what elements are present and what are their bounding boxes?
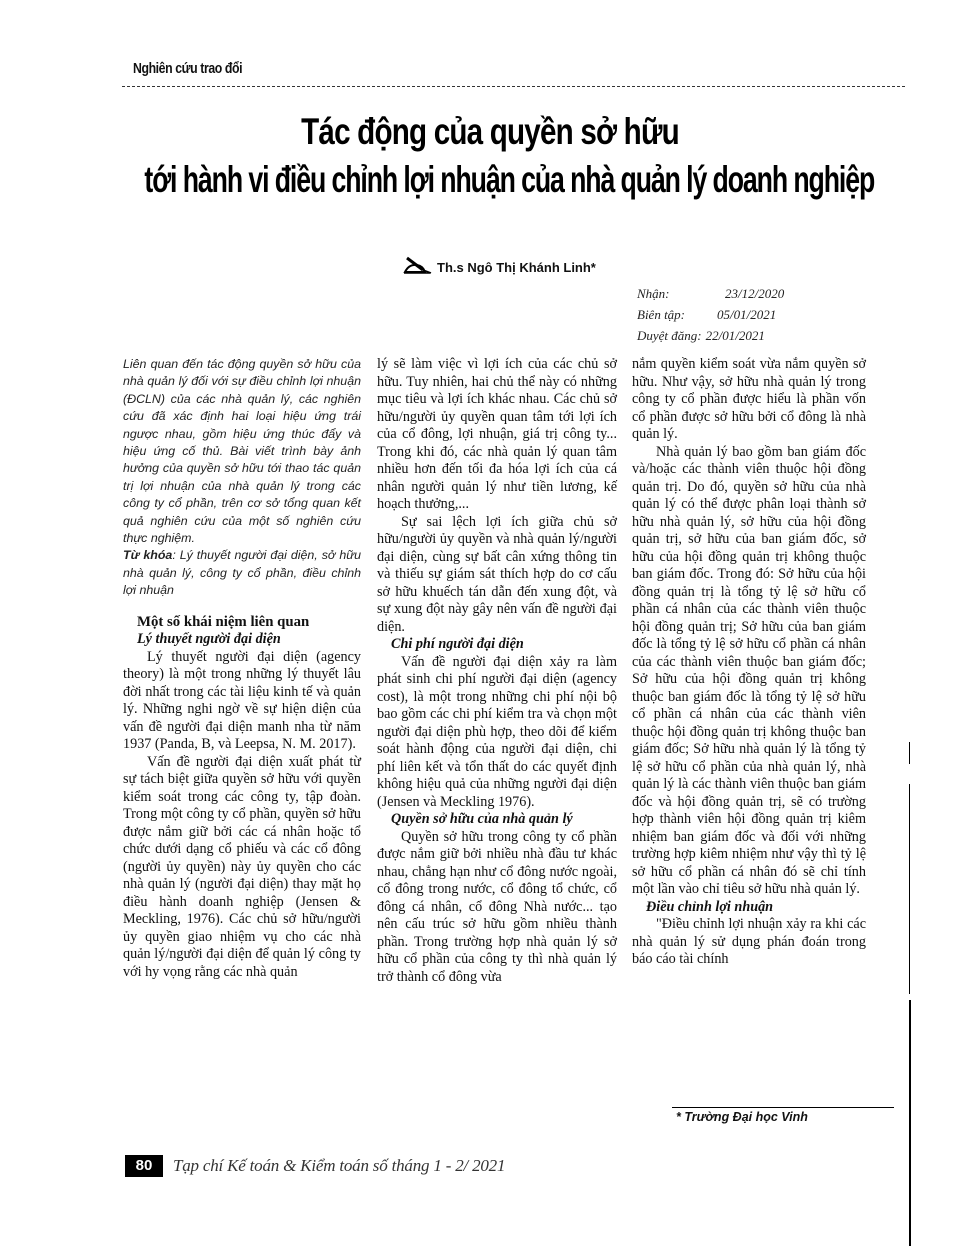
date-approved: Duyệt đăng: 22/01/2021 [637,325,784,346]
column-1: Liên quan đến tác động quyền sở hữu của … [123,356,361,981]
publication-dates: Nhận: 23/12/2020 Biên tập: 05/01/2021 Du… [637,283,784,346]
section-label: Nghiên cứu trao đổi [133,60,242,77]
journal-page: Nghiên cứu trao đổi Tác động của quyền s… [0,0,969,1254]
affiliation-divider [672,1107,894,1108]
author-byline: Th.s Ngô Thị Khánh Linh* [403,256,596,279]
article-title: Tác động của quyền sở hữu tới hành vi đi… [110,108,870,204]
page-number: 80 [125,1155,163,1177]
pen-icon [403,256,433,279]
paragraph-continued: nắm quyền kiểm soát vừa nắm quyền sở hữu… [632,356,866,444]
column-2: lý sẽ làm việc vì lợi ích của các chủ sở… [377,356,617,986]
page-footer: 80 Tạp chí Kế toán & Kiểm toán số tháng … [125,1155,505,1177]
abstract: Liên quan đến tác động quyền sở hữu của … [123,356,361,547]
author-affiliation: * Trường Đại học Vinh [676,1110,808,1124]
date-received: Nhận: 23/12/2020 [637,283,784,304]
header-divider [122,86,905,87]
page-edge-line [909,742,910,764]
author-name: Th.s Ngô Thị Khánh Linh* [437,260,596,275]
paragraph: Lý thuyết người đại diện (agency theory)… [123,649,361,754]
column-3: nắm quyền kiểm soát vừa nắm quyền sở hữu… [632,356,866,969]
keywords: Từ khóa: Lý thuyết người đại diện, sở hữ… [123,547,361,599]
section-heading: Một số khái niệm liên quan [123,614,361,632]
title-line-1: Tác động của quyền sở hữu [186,108,794,156]
subsection-heading: Lý thuyết người đại diện [123,631,361,649]
paragraph: "Điều chỉnh lợi nhuận xảy ra khi các nhà… [632,916,866,969]
paragraph: Vấn đề người đại diện xảy ra làm phát si… [377,654,617,812]
title-line-2: tới hành vi điều chỉnh lợi nhuận của nhà… [144,156,835,204]
subsection-heading: Chi phí người đại diện [377,636,617,654]
paragraph: Quyền sở hữu trong công ty cổ phần được … [377,829,617,987]
paragraph: Vấn đề người đại diện xuất phát từ sự tá… [123,754,361,982]
date-edited: Biên tập: 05/01/2021 [637,304,784,325]
paragraph: Sự sai lệch lợi ích giữa chủ sở hữu/ngườ… [377,514,617,637]
paragraph: Nhà quản lý bao gồm ban giám đốc và/hoặc… [632,444,866,899]
subsection-heading: Quyền sở hữu của nhà quản lý [377,811,617,829]
subsection-heading: Điều chỉnh lợi nhuận [632,899,866,917]
page-edge-line [909,784,910,994]
page-edge-line [909,1000,911,1246]
paragraph-continued: lý sẽ làm việc vì lợi ích của các chủ sở… [377,356,617,514]
journal-name: Tạp chí Kế toán & Kiểm toán số tháng 1 -… [173,1156,505,1176]
